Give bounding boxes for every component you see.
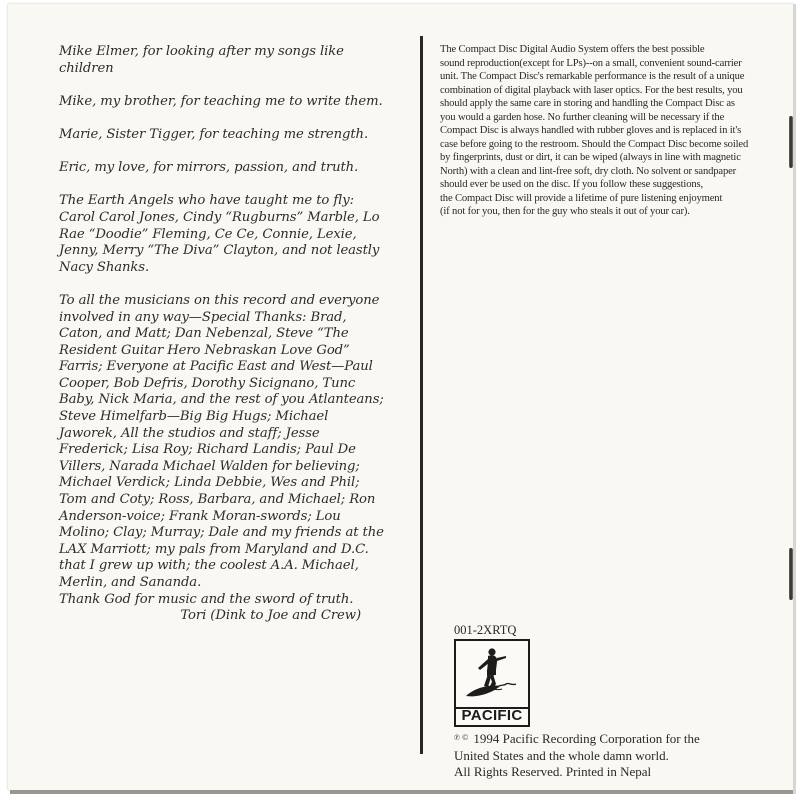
page-divider: [420, 36, 423, 754]
surfer-icon: [460, 644, 524, 704]
copyright-marks: ℗ ©: [454, 733, 468, 742]
signature: Tori (Dink to Joe and Crew): [59, 608, 389, 625]
disclaimer-line: by fingerprints, dust or dirt, it can be…: [440, 151, 760, 165]
staple-top: [789, 116, 793, 168]
disclaimer-line: sound reproduction(except for LPs)--on a…: [440, 57, 760, 71]
disclaimer-line: combination of digital playback with las…: [440, 84, 760, 98]
thanks-paragraph: Mike Elmer, for looking after my songs l…: [59, 44, 389, 77]
pacific-logo: [454, 639, 530, 709]
disclaimer-line: case before going to the restroom. Shoul…: [440, 138, 760, 152]
pacific-logo-label: PACIFIC: [454, 707, 530, 727]
label-credits: 001-2XRTQ PACIFIC ℗ © 1994 Pacific Recor…: [454, 623, 754, 781]
disclaimer-line: North) with a clean and lint-free soft, …: [440, 165, 760, 179]
thanks-paragraph: Marie, Sister Tigger, for teaching me st…: [59, 127, 389, 144]
copyright-line: All Rights Reserved. Printed in Nepal: [454, 764, 754, 781]
disclaimer-line: should apply the same care in storing an…: [440, 97, 760, 111]
disclaimer-line: unit. The Compact Disc's remarkable perf…: [440, 70, 760, 84]
page-edge-bottom: [10, 790, 794, 794]
disclaimer-line: the Compact Disc will provide a lifetime…: [440, 192, 760, 206]
page-edge-right: [793, 4, 796, 794]
thanks-paragraph: To all the musicians on this record and …: [59, 293, 389, 592]
thanks-paragraph: The Earth Angels who have taught me to f…: [59, 193, 389, 276]
disclaimer-line: (if not for you, then for the guy who st…: [440, 205, 760, 219]
staple-bottom: [789, 548, 793, 600]
disclaimer-line: should ever be used on the disc. If you …: [440, 178, 760, 192]
copyright-line: United States and the whole damn world.: [454, 748, 754, 765]
disclaimer-text: The Compact Disc Digital Audio System of…: [440, 43, 760, 219]
disclaimer-line: you would a garden hose. No further clea…: [440, 111, 760, 125]
thanks-text: Mike Elmer, for looking after my songs l…: [59, 44, 389, 625]
thanks-paragraph: Mike, my brother, for teaching me to wri…: [59, 94, 389, 111]
catalog-number: 001-2XRTQ: [454, 623, 754, 637]
thanks-paragraph: Eric, my love, for mirrors, passion, and…: [59, 160, 389, 177]
copyright-notice: ℗ © 1994 Pacific Recording Corporation f…: [454, 730, 754, 781]
disclaimer-line: The Compact Disc Digital Audio System of…: [440, 43, 760, 57]
disclaimer-line: Compact Disc is always handled with rubb…: [440, 124, 760, 138]
copyright-line: 1994 Pacific Recording Corporation for t…: [473, 731, 699, 746]
closing-line: Thank God for music and the sword of tru…: [59, 592, 389, 609]
